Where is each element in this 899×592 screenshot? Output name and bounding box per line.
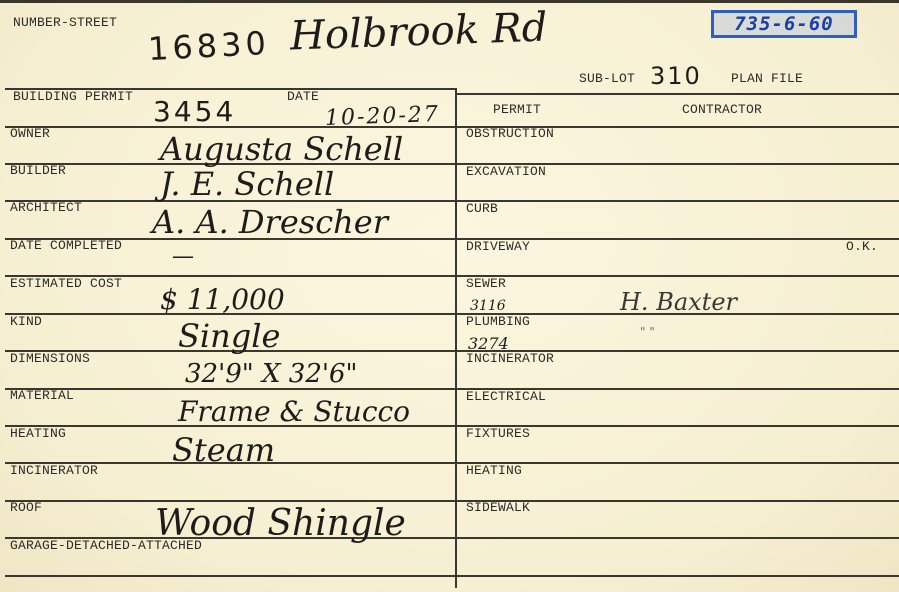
label-material: MATERIAL [10, 389, 74, 403]
label-estimated-cost: ESTIMATED COST [10, 277, 122, 291]
heating-value: Steam [172, 434, 275, 466]
permit-row-heating: HEATING [466, 464, 522, 478]
estimated-cost-value: $ 11,000 [160, 286, 285, 314]
permit-date: 10-20-27 [325, 104, 441, 130]
street-name: Holbrook Rd [289, 8, 548, 57]
permit-row-curb: CURB [466, 202, 498, 216]
plumbing-contractor-ditto: " " [640, 326, 655, 338]
material-value: Frame & Stucco [178, 398, 410, 426]
label-date-completed: DATE COMPLETED [10, 239, 122, 253]
permit-row-sidewalk: SIDEWALK [466, 501, 530, 515]
label-incinerator: INCINERATOR [10, 464, 98, 478]
card-top-edge [0, 0, 899, 3]
contractor-column-header: CONTRACTOR [682, 103, 762, 117]
permit-row-electrical: ELECTRICAL [466, 390, 546, 404]
permit-row-obstruction: OBSTRUCTION [466, 127, 554, 141]
plumbing-permit-number: 3274 [468, 336, 509, 352]
kind-value: Single [178, 320, 280, 352]
building-permit-value: 3454 [153, 98, 236, 126]
file-stamp: 735-6-60 [711, 10, 857, 38]
label-number-street: NUMBER-STREET [13, 16, 117, 30]
permit-row-sewer: SEWER [466, 277, 506, 291]
permit-row-excavation: EXCAVATION [466, 165, 546, 179]
builder-value: J. E. Schell [160, 168, 334, 200]
sub-lot-value: 310 [650, 64, 702, 88]
label-garage: GARAGE-DETACHED-ATTACHED [10, 539, 202, 553]
sewer-contractor: H. Baxter [620, 290, 737, 314]
label-plan-file: PLAN FILE [731, 72, 803, 86]
permit-row-incinerator: INCINERATOR [466, 352, 554, 366]
label-kind: KIND [10, 315, 42, 329]
owner-value: Augusta Schell [160, 133, 403, 165]
label-heating: HEATING [10, 427, 66, 441]
label-roof: ROOF [10, 501, 42, 515]
label-building-permit: BUILDING PERMIT [13, 90, 133, 104]
label-sub-lot: SUB-LOT [579, 72, 635, 86]
permit-column-header: PERMIT [493, 103, 541, 117]
permit-card: NUMBER-STREET 16830 Holbrook Rd 735-6-60… [0, 0, 899, 592]
driveway-note: O.K. [846, 240, 878, 254]
permit-row-fixtures: FIXTURES [466, 427, 530, 441]
label-date: DATE [287, 90, 319, 104]
architect-value: A. A. Drescher [152, 206, 388, 238]
label-builder: BUILDER [10, 164, 66, 178]
dimensions-value: 32'9" X 32'6" [185, 361, 358, 387]
roof-value: Wood Shingle [155, 506, 406, 542]
label-dimensions: DIMENSIONS [10, 352, 90, 366]
label-owner: OWNER [10, 127, 50, 141]
label-architect: ARCHITECT [10, 201, 82, 215]
house-number: 16830 [147, 27, 270, 65]
permit-row-driveway: DRIVEWAY [466, 240, 530, 254]
sewer-permit-number: 3116 [470, 299, 506, 313]
date-completed-value: — [172, 246, 194, 268]
permit-row-plumbing: PLUMBING [466, 315, 530, 329]
